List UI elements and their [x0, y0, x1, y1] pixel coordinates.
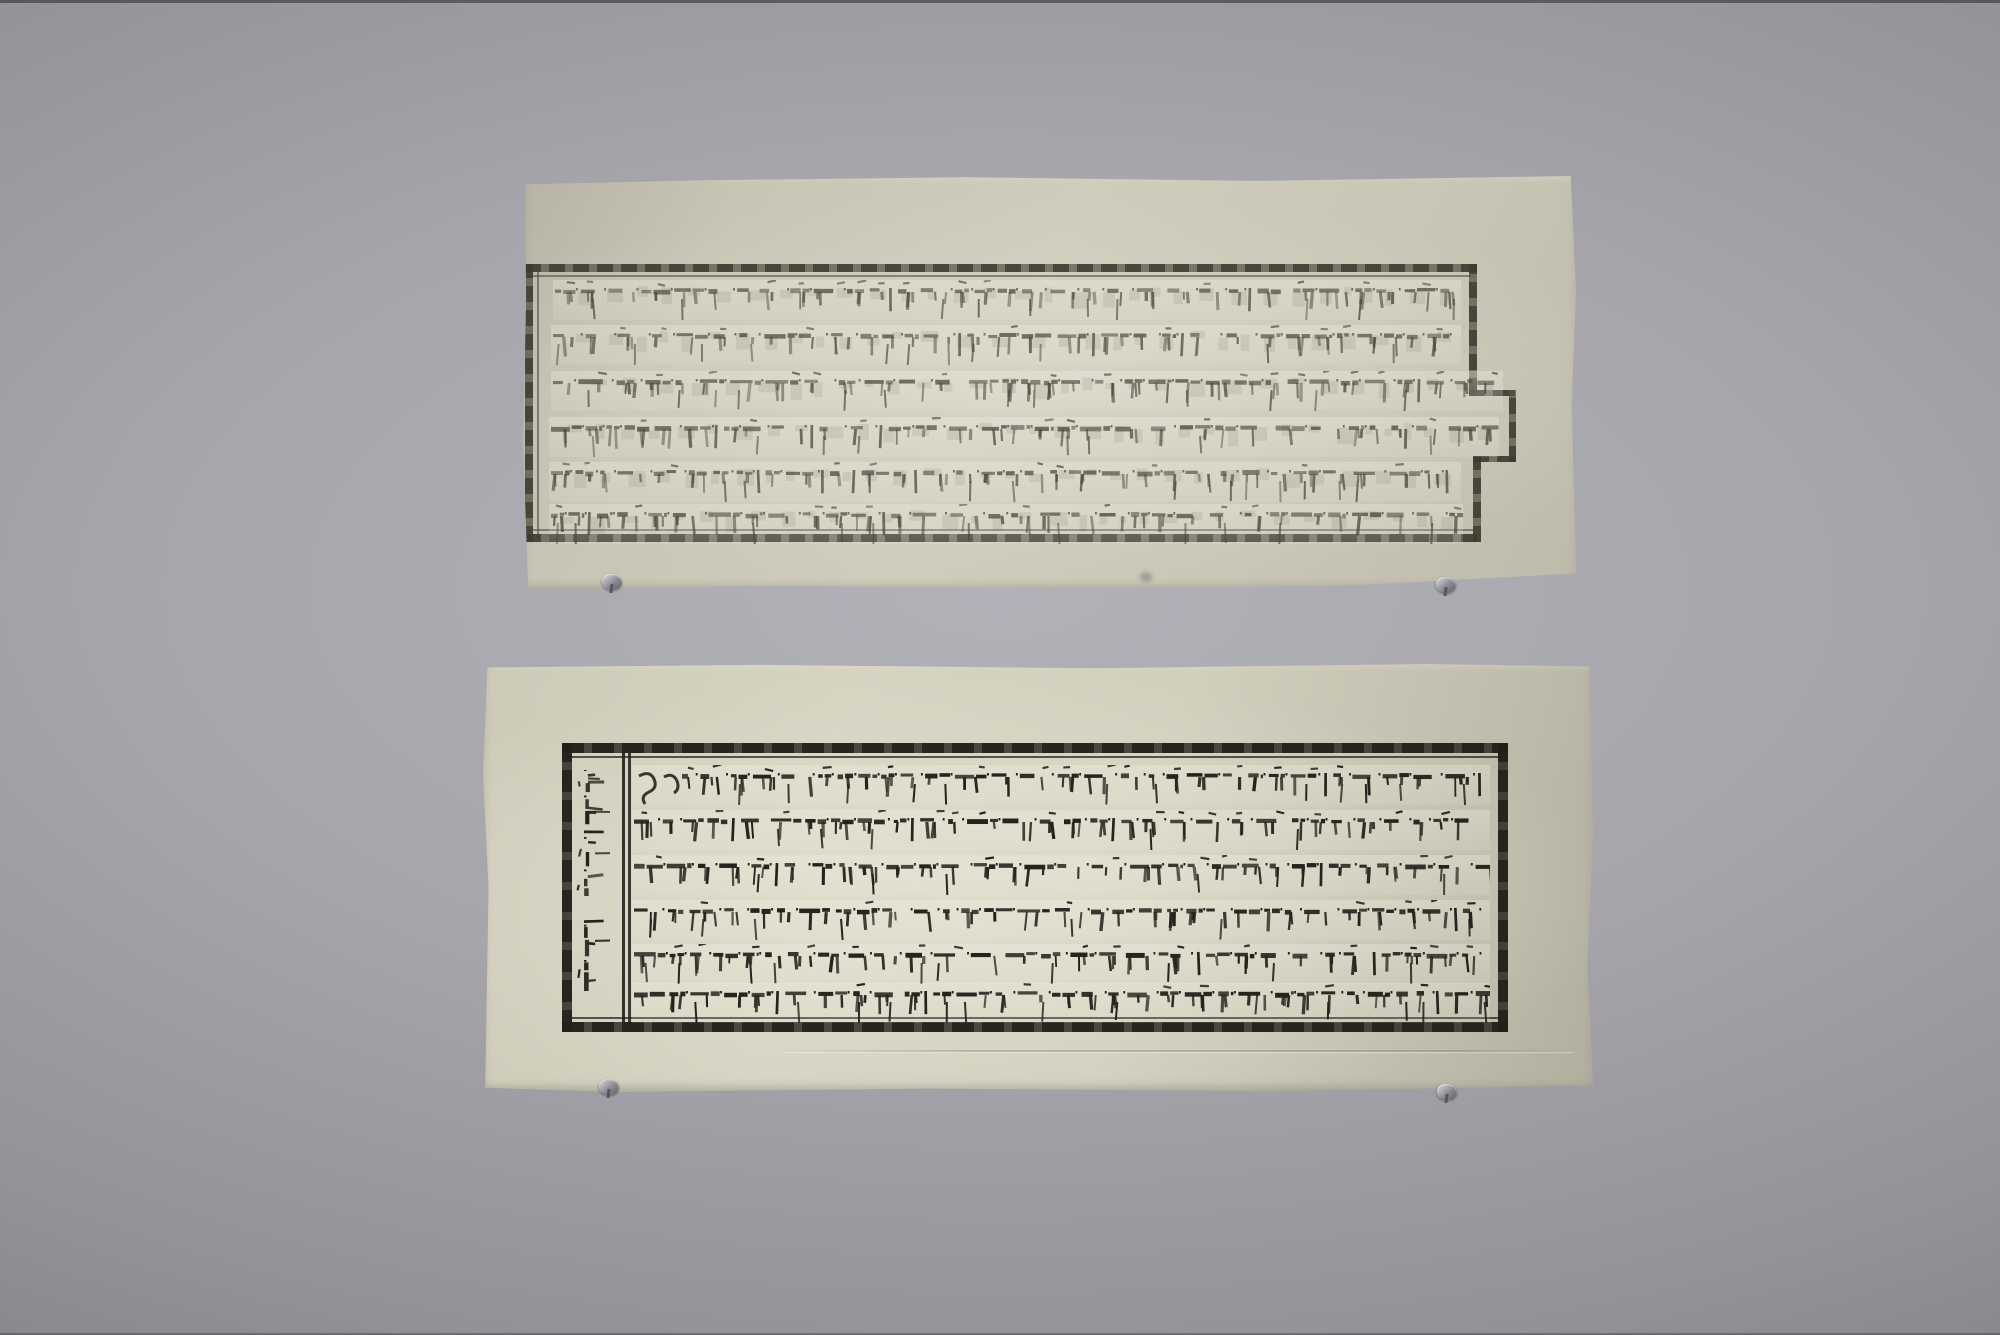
frame-rule-top-inner [567, 756, 1503, 758]
frame-bar-right-lower [1473, 456, 1481, 542]
text-line-2: ནས། །ཐོས་བསམ་སྒོམ་གསུམ་གྱི་རལ་གྲི་རྣོན་པ… [632, 810, 1490, 850]
print-frame-bottom-leaf: ཉི་ཁྲིའི་ཕུ། ཞེ་ཕར ༄༅། །ཕ་མ། བདེན་པ་གཉིས… [562, 743, 1508, 1032]
mounting-pin-top-left [602, 574, 622, 590]
photo-backdrop-board: དཔང་པོར་ཐུབ། །དཀོན་མཆོག་གསུམ་གྱི་ཞབས་ཀྱི… [0, 0, 2000, 1335]
margin-divider-rule-2 [628, 753, 631, 1022]
text-line-3: ཆེན་པོར་བསྐོར་བ་དང་། །མྱ་ངན་མི་འདའ་བཞུགས… [551, 371, 1503, 411]
mounting-pin-bottom-right [1437, 1084, 1457, 1100]
text-line-5: ཤེས་པ་བདུན་ལས། དུན་པ་དང་ཤེས་པ་བཞིན་གྱི་ལ… [632, 944, 1490, 984]
print-frame-top-leaf: དཔང་པོར་ཐུབ། །དཀོན་མཆོག་གསུམ་གྱི་ཞབས་ཀྱི… [525, 264, 1517, 542]
frame-bar-bottom [562, 1022, 1508, 1032]
mounting-pin-bottom-left [599, 1079, 619, 1095]
text-line-5: པའི་ཁྲོ་གཉེར་ཅན། སྒྲོག་གཅོད་ཀྱི་ག་ཤེད་མ་… [549, 462, 1461, 502]
frame-bar-left [525, 264, 533, 542]
text-line-3: ཚད་ནས་གཅོད་པར་གྱུར། ག་ཤེད་མ་རྣམས་ཀྱིས་ཁོ… [632, 855, 1490, 895]
pecha-leaf-top: དཔང་པོར་ཐུབ། །དཀོན་མཆོག་གསུམ་གྱི་ཞབས་ཀྱི… [523, 176, 1576, 590]
text-line-4: ར་དུ་བསགས་པའི་དགེ་བའི་རྩ་བ་ལ་བརྟེན་ནས། ཤ… [549, 417, 1499, 457]
margin-divider-rule [622, 753, 625, 1022]
text-line-4: བསྡམས་པ་འདི་བཞིན་དུ། མ་འོངས་པ་ན་ཁོ་མོས་ཀ… [632, 900, 1490, 940]
frame-bar-left [562, 743, 572, 1032]
margin-vertical-label-1: ཉི་ཁྲིའི་ཕུ། [576, 770, 610, 898]
frame-notch-outer [1509, 390, 1516, 462]
text-line-6: ཁོ་མོའི་ལུས་ལ་རེ་བའི་གོས་གཡོགས་ཤིང་། སྐེ… [632, 983, 1490, 1023]
paper-crease [783, 1050, 1573, 1052]
frame-rule-left-inner [537, 268, 539, 538]
margin-vertical-label-1-content: ཉི་ཁྲིའི་ཕུ། [576, 770, 610, 898]
text-line-1: དཔང་པོར་ཐུབ། །དཀོན་མཆོག་གསུམ་གྱི་ཞབས་ཀྱི… [553, 280, 1461, 320]
frame-rule-top-inner [529, 275, 1471, 277]
frame-bar-top [525, 264, 1477, 272]
margin-vertical-label-2: ཞེ་ཕར [576, 907, 610, 993]
frame-bar-right [1498, 743, 1508, 1032]
margin-column: ཉི་ཁྲིའི་ཕུ། ཞེ་ཕར [572, 753, 622, 1022]
frame-bar-top [562, 743, 1508, 753]
mounting-pin-top-right [1436, 577, 1456, 593]
mounting-smudge [1140, 572, 1152, 582]
pecha-leaf-bottom: ཉི་ཁྲིའི་ཕུ། ཞེ་ཕར ༄༅། །ཕ་མ། བདེན་པ་གཉིས… [483, 664, 1593, 1092]
text-line-2: ཆོད་པ་འབུལ་ཞིང་སྡིག་པ་སོ་སོར་བཤགས། །དགེ་… [551, 325, 1461, 365]
text-line-1: ༄༅། །ཕ་མ། བདེན་པ་གཉིས་ཀྱི་ཞལ་གདངས་ཤིང་། … [632, 765, 1490, 805]
margin-vertical-label-2-content: ཞེ་ཕར [576, 907, 610, 993]
text-line-6: དང་བཙུག་ཞགས་ཀྱིས་བརྩམས་ཏེ། རལ་གྲི་དང་གྲི… [549, 504, 1463, 544]
